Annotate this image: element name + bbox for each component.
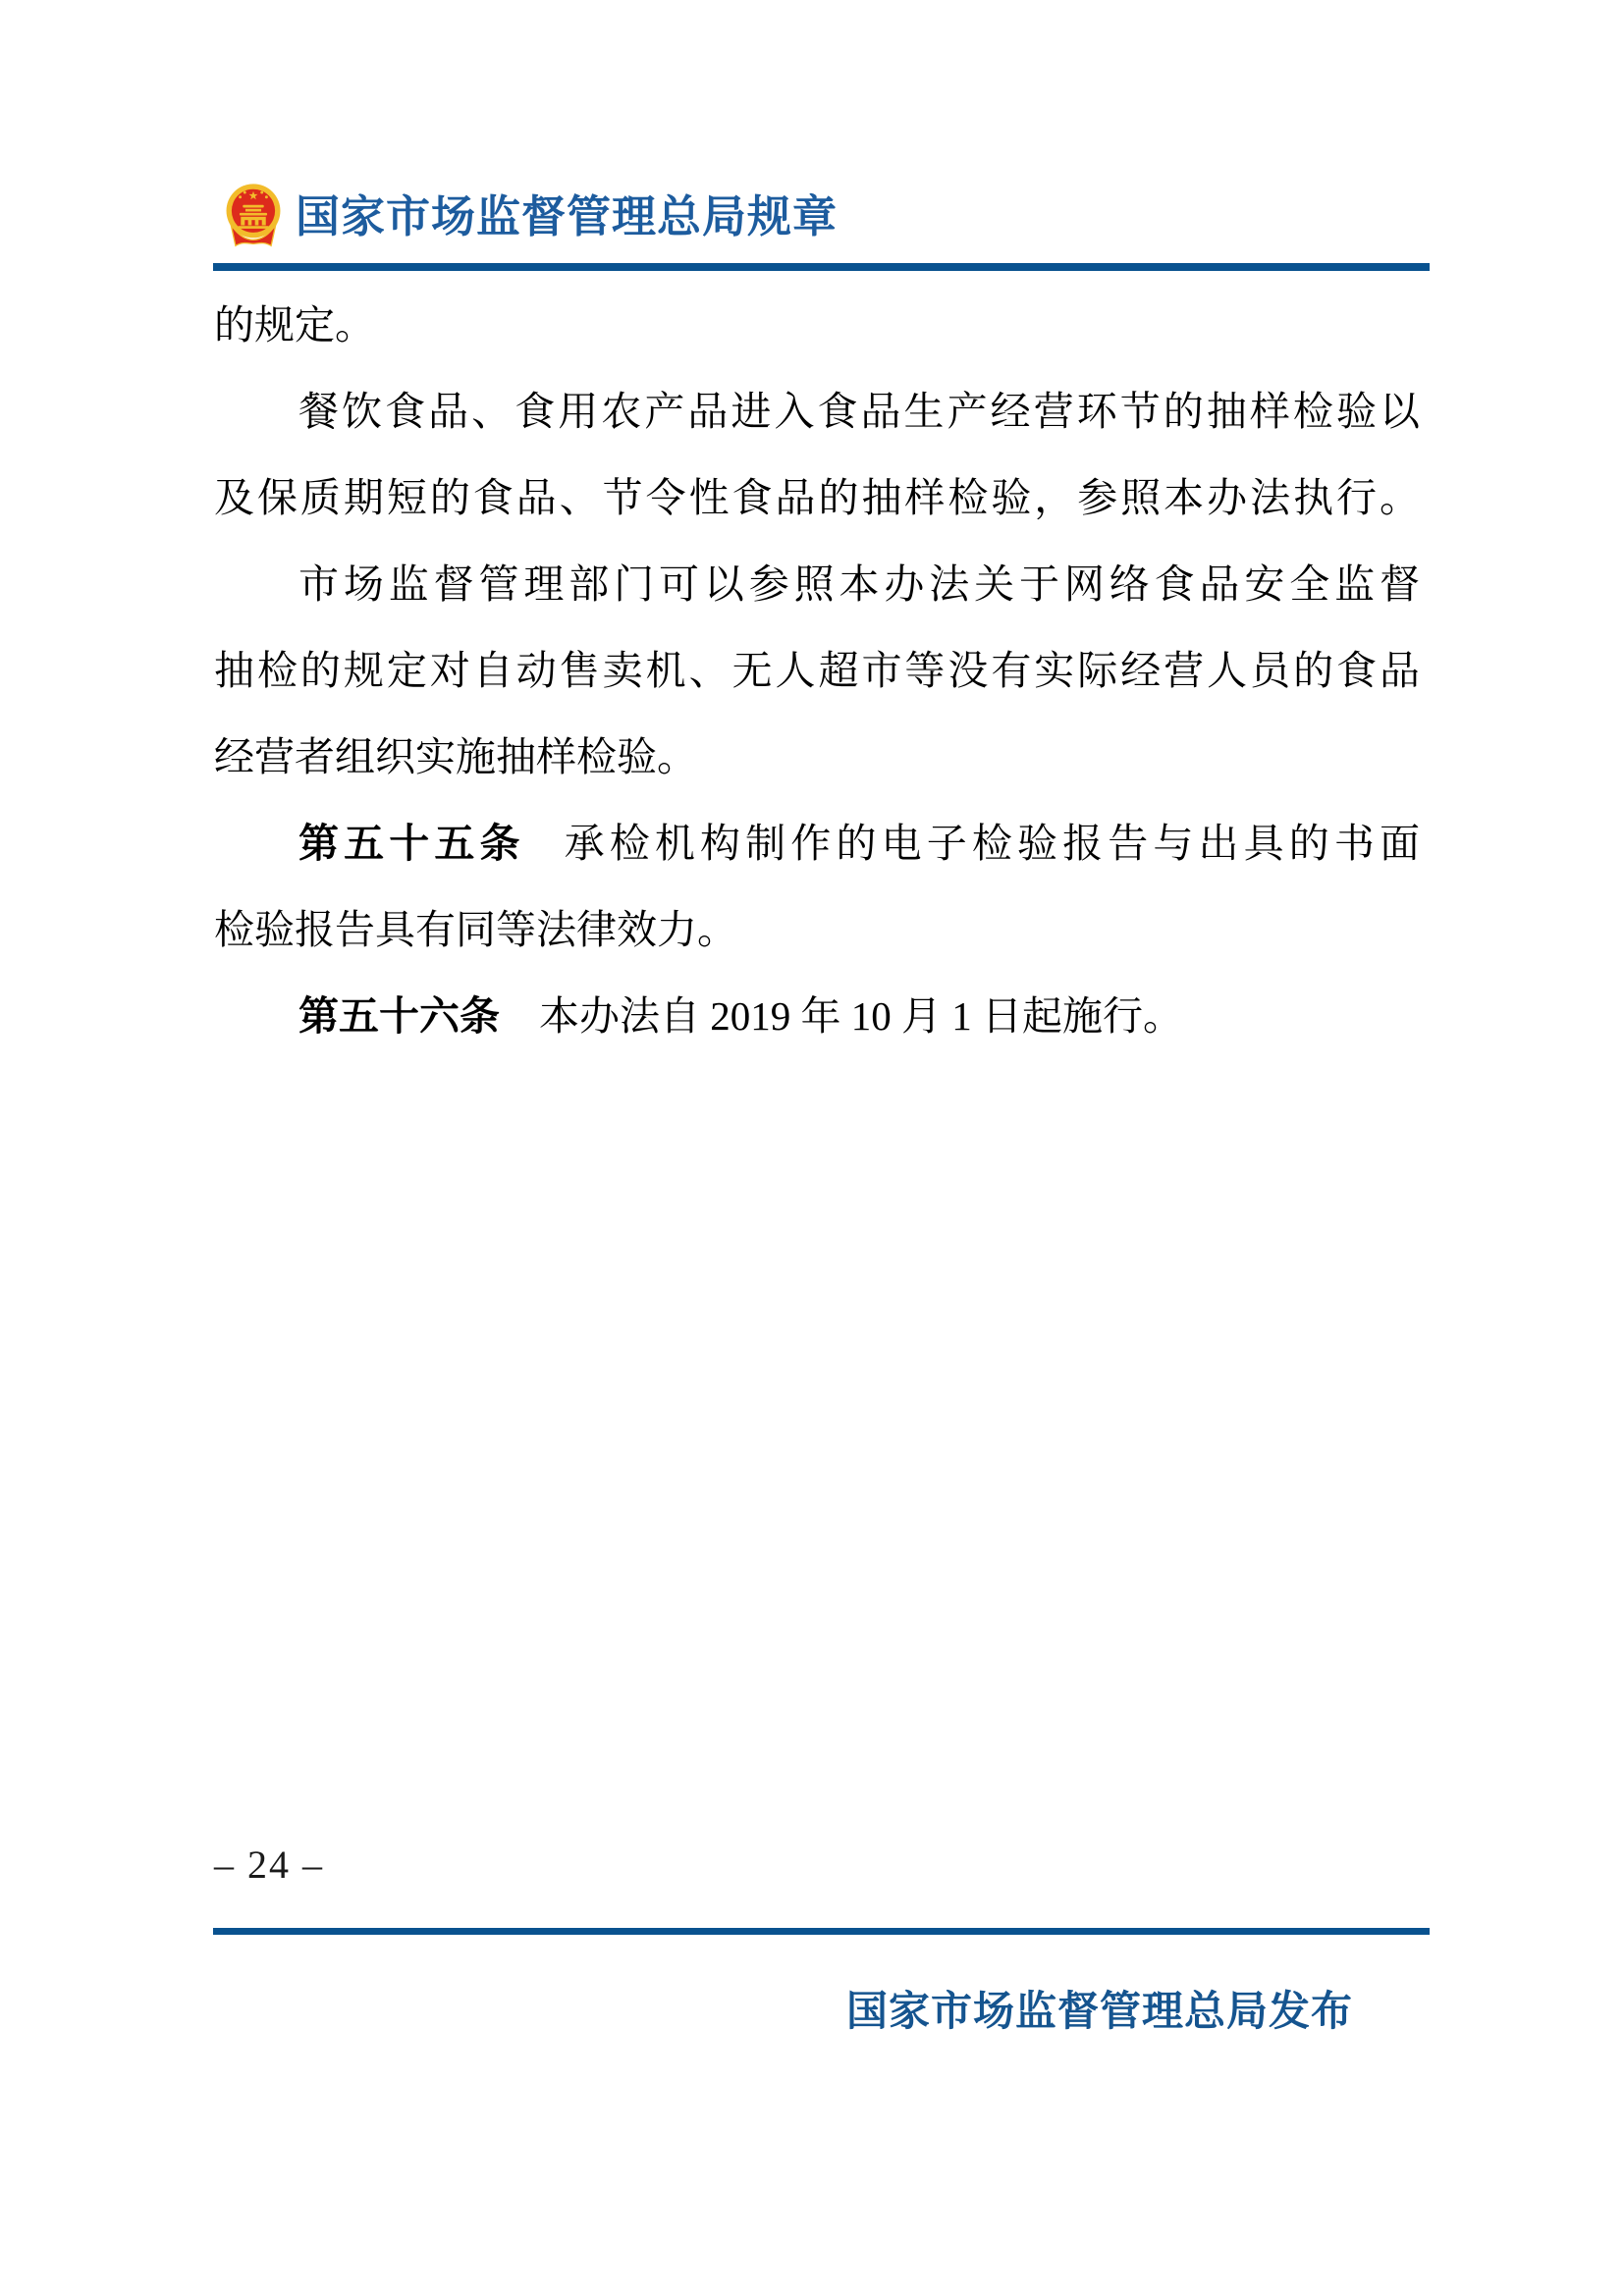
body-line: 检验报告具有同等法律效力。 bbox=[214, 886, 1420, 973]
body-line: 经营者组织实施抽样检验。 bbox=[214, 714, 1420, 800]
article-number: 第五十六条 bbox=[298, 993, 500, 1039]
body-line: 及保质期短的食品、节令性食品的抽样检验，参照本办法执行。 bbox=[214, 454, 1420, 541]
article-number: 第五十五条 bbox=[298, 821, 525, 866]
header-rule bbox=[213, 263, 1430, 271]
body-line-text: 承检机构制作的电子检验报告与出具的书面 bbox=[565, 821, 1420, 866]
document-page: 国家市场监督管理总局规章 的规定。 餐饮食品、食用农产品进入食品生产经营环节的抽… bbox=[0, 0, 1624, 2296]
body-text: 的规定。 餐饮食品、食用农产品进入食品生产经营环节的抽样检验以 及保质期短的食品… bbox=[214, 282, 1420, 1059]
body-line: 第五十五条承检机构制作的电子检验报告与出具的书面 bbox=[214, 800, 1420, 886]
header-title: 国家市场监督管理总局规章 bbox=[296, 190, 838, 243]
footer-publisher: 国家市场监督管理总局发布 bbox=[214, 1987, 1353, 2038]
body-line: 抽检的规定对自动售卖机、无人超市等没有实际经营人员的食品 bbox=[214, 627, 1420, 714]
body-line: 第五十六条本办法自 2019 年 10 月 1 日起施行。 bbox=[214, 973, 1420, 1059]
body-line-text: 本办法自 2019 年 10 月 1 日起施行。 bbox=[539, 993, 1183, 1039]
page-number: – 24 – bbox=[214, 1842, 324, 1888]
body-line: 市场监督管理部门可以参照本办法关于网络食品安全监督 bbox=[214, 541, 1420, 627]
china-national-emblem-icon bbox=[220, 183, 287, 248]
body-line: 餐饮食品、食用农产品进入食品生产经营环节的抽样检验以 bbox=[214, 368, 1420, 454]
body-line: 的规定。 bbox=[214, 282, 1420, 368]
footer-rule bbox=[213, 1928, 1430, 1935]
